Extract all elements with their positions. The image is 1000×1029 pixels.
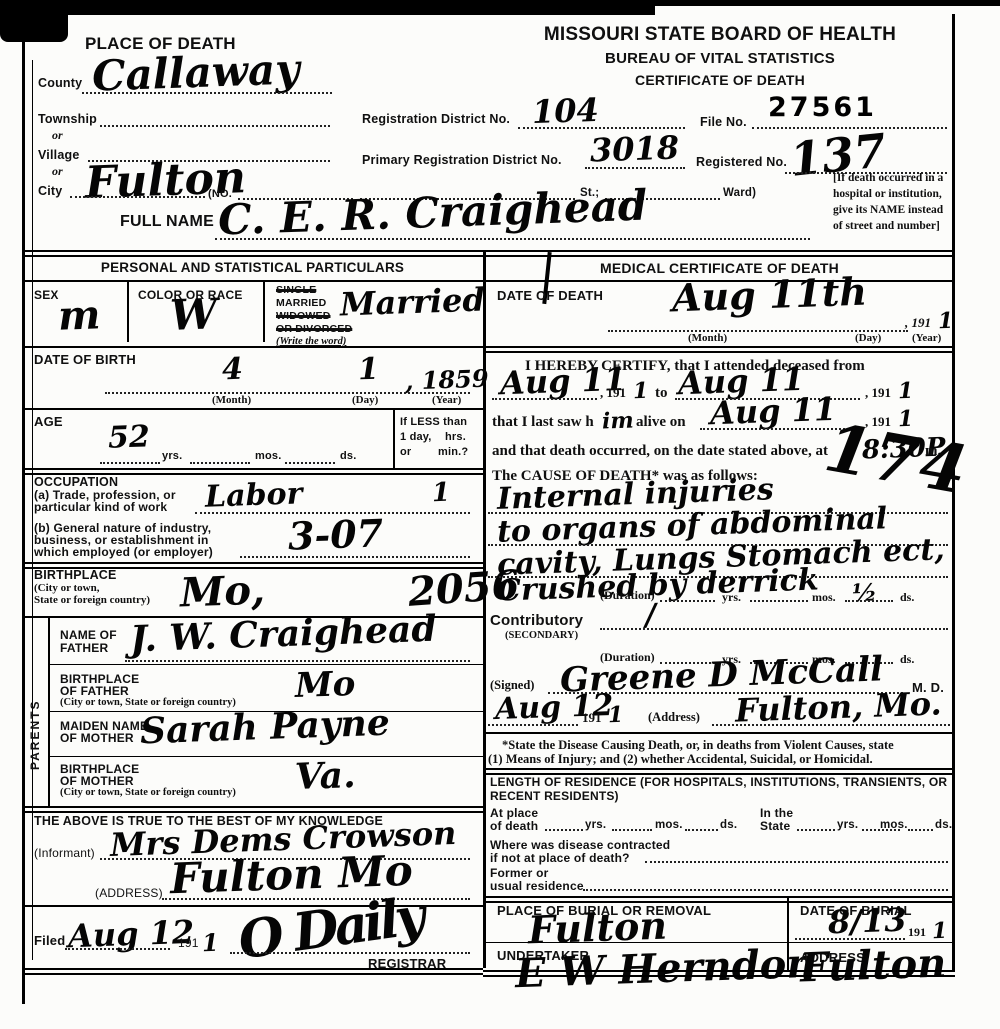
bureau-title: BUREAU OF VITAL STATISTICS (490, 50, 950, 67)
mother-birthplace-value: Va. (294, 754, 356, 798)
disease-contracted-label: Where was disease contracted (490, 838, 670, 852)
cause-footnote: (1) Means of Injury; and (2) whether Acc… (488, 752, 873, 767)
ruled-line (908, 829, 933, 831)
age-less-note: or (400, 446, 411, 458)
birthplace-sub-label: State or foreign country) (34, 594, 150, 606)
dod-day-caption: (Day) (855, 332, 881, 344)
ruled-line (70, 196, 205, 198)
disease-contracted-label: if not at place of death? (490, 851, 630, 865)
father-birthplace-value: Mo (294, 664, 356, 706)
marital-option-divorced: OR DIVORCED (276, 323, 352, 335)
ruled-line (483, 732, 955, 734)
ruled-line (750, 600, 808, 602)
certificate-title: CERTIFICATE OF DEATH (490, 72, 950, 88)
ruled-line (230, 952, 470, 954)
filed-year-printed: 191 (178, 936, 199, 950)
occupation-b-value: 3-07 (287, 510, 384, 558)
sex-label: SEX (34, 288, 59, 302)
mother-maiden-value: Sarah Payne (139, 702, 390, 753)
registered-no-label: Registered No. (696, 155, 787, 169)
cause-footnote: *State the Disease Causing Death, or, in… (502, 738, 894, 753)
duration-yrs-label: yrs. (722, 590, 741, 605)
dod-year-value: 1 (938, 308, 954, 335)
duration-ds-label: ds. (900, 652, 914, 667)
county-label: County (38, 76, 82, 90)
duration-mos-label: mos. (812, 590, 836, 605)
hospital-note: give its NAME instead (833, 204, 943, 216)
residence-title: RECENT RESIDENTS) (490, 789, 619, 803)
him-value: im (602, 407, 635, 434)
board-title: MISSOURI STATE BOARD OF HEALTH (490, 24, 950, 46)
file-no-value: 27561 (768, 92, 877, 123)
year-printed: , 191 (865, 385, 891, 401)
ruled-line (660, 600, 715, 602)
scan-artifact (0, 0, 7, 18)
birthplace-label: BIRTHPLACE (34, 568, 117, 582)
date-of-death-label: DATE OF DEATH (497, 288, 603, 303)
age-ds-label: ds. (340, 450, 357, 462)
ruled-line (285, 462, 335, 464)
occupation-a-label: particular kind of work (34, 500, 167, 514)
secondary-label: (SECONDARY) (505, 630, 578, 641)
personal-section-title: PERSONAL AND STATISTICAL PARTICULARS (25, 260, 480, 275)
to-label: to (655, 385, 668, 402)
ruled-line (645, 861, 948, 863)
township-label: Township (38, 112, 97, 126)
ruled-line (100, 125, 330, 127)
signed-year-printed: 191 (582, 710, 602, 726)
occupation-label: OCCUPATION (34, 475, 118, 489)
hospital-note: hospital or institution, (833, 188, 942, 200)
file-no-label: File No. (700, 115, 747, 129)
ruled-line (215, 238, 810, 240)
ruled-line (845, 600, 893, 602)
mother-birthplace-label: OF MOTHER (60, 774, 134, 788)
last-saw-value: Aug 11 (709, 390, 836, 432)
filed-label: Filed (34, 933, 65, 948)
at-place-label: At place (490, 806, 538, 820)
age-less-note: If LESS than (400, 416, 467, 428)
birthplace-sub-label: (City or town, (34, 582, 99, 594)
age-yrs-label: yrs. (162, 450, 182, 462)
ruled-line (545, 829, 583, 831)
res-ds-label: ds. (935, 819, 952, 831)
hospital-note: of street and number] (833, 220, 940, 232)
ruled-line (492, 398, 597, 400)
dob-year-caption: (Year) (432, 394, 461, 406)
cell-divider (393, 408, 395, 470)
last-saw-statement: that I last saw h (492, 414, 594, 431)
ruled-line (22, 806, 483, 813)
ruled-line (483, 970, 955, 977)
res-yrs-label: yrs. (585, 819, 606, 831)
registration-district-label: Registration District No. (362, 112, 510, 126)
filed-year-value: 1 (201, 928, 219, 958)
dod-month-caption: (Month) (688, 332, 727, 344)
res-mos-label: mos. (880, 819, 908, 831)
village-label: Village (38, 148, 79, 162)
duration-ds-value: ½ (852, 578, 878, 608)
primary-registration-label: Primary Registration District No. (362, 153, 562, 167)
full-name-value: C. E. R. Craighead (217, 181, 648, 245)
dob-year-value: , 1859 (405, 364, 489, 396)
ruled-line (22, 346, 483, 348)
duration-ds-label: ds. (900, 590, 914, 605)
scan-artifact-bottom-bar (0, 0, 655, 15)
residence-title: LENGTH OF RESIDENCE (FOR HOSPITALS, INST… (490, 775, 947, 789)
age-less-min-label: min.? (438, 446, 468, 458)
at-place-label: of death (490, 819, 538, 833)
sex-value: m (57, 291, 101, 339)
death-certificate-scan: PLACE OF DEATH County Callaway Township … (0, 0, 1000, 1029)
signed-year-value: 1 (608, 702, 624, 729)
frame-left-inner-border (32, 60, 33, 960)
age-label: AGE (34, 414, 63, 429)
ruled-line (22, 408, 483, 410)
res-mos-label: mos. (655, 819, 683, 831)
year-printed: , 191 (600, 385, 626, 401)
ruled-line (600, 628, 948, 630)
age-mos-label: mos. (255, 450, 281, 462)
ruled-line (22, 280, 483, 282)
in-the-state-label: State (760, 819, 790, 833)
mother-maiden-label: OF MOTHER (60, 731, 134, 745)
ruled-line (712, 724, 950, 726)
age-value: 52 (107, 419, 150, 455)
dob-label: DATE OF BIRTH (34, 352, 136, 367)
father-birthplace-sub-label: (City or town, State or foreign country) (60, 697, 236, 708)
scan-artifact-blob (0, 0, 68, 42)
informant-address-label: (ADDRESS) (95, 886, 163, 900)
father-birthplace-label: OF FATHER (60, 684, 129, 698)
former-residence-label: Former or (490, 866, 548, 880)
ruled-line (483, 346, 955, 353)
parents-side-label: PARENTS (28, 660, 42, 770)
cell-divider (263, 280, 265, 342)
year-value: 1 (898, 378, 914, 405)
full-name-label: FULL NAME (120, 213, 214, 231)
father-name-label: NAME OF (60, 628, 117, 642)
former-residence-label: usual residence (490, 879, 584, 893)
death-occurred-statement: and that death occurred, on the date sta… (492, 443, 828, 460)
section-divider (22, 250, 955, 257)
birthplace-value: Mo, (179, 567, 265, 617)
registration-district-value: 104 (531, 91, 599, 131)
ward-label: Ward) (723, 187, 756, 199)
cell-divider (127, 280, 129, 342)
marital-option-married: MARRIED (276, 297, 326, 309)
ruled-line (685, 829, 718, 831)
ruled-line (125, 660, 470, 662)
burial-year-printed: 191 (908, 925, 926, 940)
marital-option-widowed: WIDOWED (276, 310, 330, 322)
signed-address-label: (Address) (648, 710, 700, 725)
primary-registration-value: 3018 (589, 128, 679, 169)
dob-day-value: 1 (357, 352, 379, 388)
contributory-label: Contributory (490, 612, 583, 629)
res-yrs-label: yrs. (837, 819, 858, 831)
occupation-b-label: which employed (or employer) (34, 545, 213, 559)
ruled-line (583, 889, 948, 891)
color-race-value: W (169, 289, 218, 340)
res-ds-label: ds. (720, 819, 737, 831)
occupation-a-value: Labor (204, 476, 302, 514)
ruled-line (48, 756, 483, 757)
father-name-label: FATHER (60, 641, 108, 655)
in-the-state-label: In the (760, 806, 793, 820)
ruled-line (483, 768, 955, 775)
age-less-note: 1 day, (400, 431, 432, 443)
dob-day-caption: (Day) (352, 394, 378, 406)
frame-left-border (22, 14, 25, 1004)
or-label: or (52, 128, 63, 143)
marital-value: Married (339, 280, 485, 323)
date-of-death-value: Aug 11th (671, 269, 867, 321)
dod-year-printed: , 191 (905, 315, 931, 331)
informant-label: (Informant) (34, 846, 95, 860)
ruled-line (240, 556, 470, 558)
date-of-burial-value: 8/13 (827, 901, 907, 942)
ruled-line (797, 829, 835, 831)
ruled-line (22, 968, 483, 975)
ruled-line (100, 462, 160, 464)
dod-year-caption: (Year) (912, 332, 941, 344)
stray-mark: 1 (431, 478, 450, 509)
ruled-line (585, 167, 685, 169)
ruled-line (48, 664, 483, 665)
ruled-line (65, 948, 170, 950)
alive-on-label: alive on (636, 414, 686, 431)
or-label: or (52, 164, 63, 179)
undertaker-address-value: Fulton (799, 939, 947, 991)
signed-address-value: Fulton, Mo. (734, 684, 942, 729)
year-value: 1 (633, 378, 649, 405)
ruled-line (488, 724, 578, 726)
dob-month-value: 4 (221, 352, 243, 388)
mother-birthplace-sub-label: (City or town, State or foreign country) (60, 787, 236, 798)
age-less-hrs-label: hrs. (445, 431, 466, 443)
ruled-line (22, 468, 483, 475)
ruled-line (612, 829, 652, 831)
hospital-note: [If death occurred in a (833, 172, 943, 184)
marital-option-single: SINGLE (276, 284, 316, 296)
ruled-line (190, 462, 250, 464)
undertaker-value: E W Herndon (514, 940, 816, 997)
ruled-line (82, 92, 332, 94)
dob-month-caption: (Month) (212, 394, 251, 406)
city-label: City (38, 184, 62, 198)
